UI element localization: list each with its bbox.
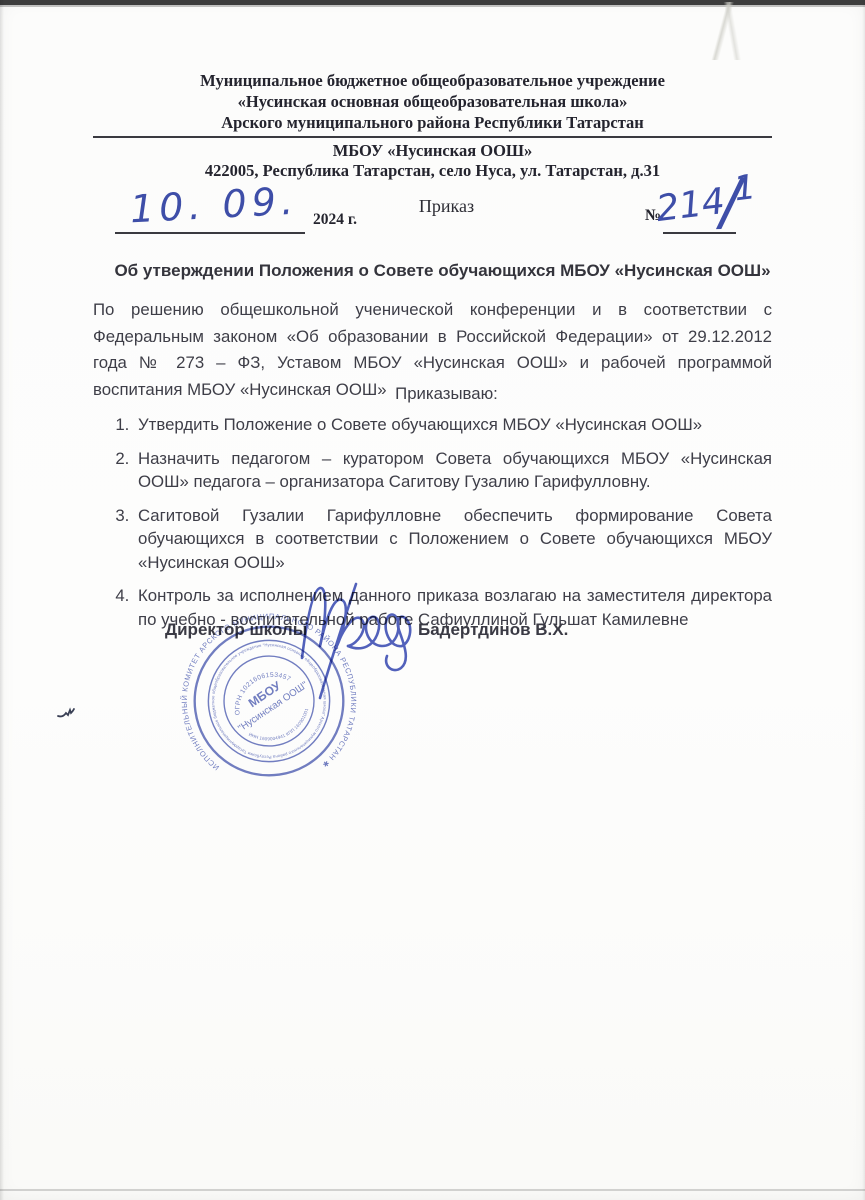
date-year-label: 2024 г.: [313, 211, 357, 229]
handwritten-number: 214/1: [653, 166, 761, 240]
letterhead: Муниципальное бюджетное общеобразователь…: [95, 70, 770, 133]
ink-mark: [56, 706, 76, 720]
org-name-line1: Муниципальное бюджетное общеобразователь…: [95, 70, 770, 91]
director-signature: [282, 576, 427, 708]
signer-name: Бадертдинов В.Х.: [418, 620, 568, 640]
org-name-line2: «Нусинская основная общеобразовательная …: [95, 91, 770, 112]
scan-edge-left: [0, 0, 4, 1200]
order-item-3: Сагитовой Гузалии Гарифулловне обеспечит…: [134, 504, 772, 575]
decree-word: Приказываю:: [109, 384, 784, 404]
scan-edge-bottom: [0, 1189, 865, 1191]
scanned-order-document: Муниципальное бюджетное общеобразователь…: [0, 0, 865, 1200]
order-item-1: Утвердить Положение о Совете обучающихся…: [134, 413, 772, 437]
org-name-line3: Арского муниципального района Республики…: [95, 112, 770, 133]
handwritten-date: 10. 09.: [129, 179, 299, 232]
letterhead-divider: [93, 136, 772, 138]
school-short-name: МБОУ «Нусинская ООШ»: [95, 141, 770, 161]
order-items: Утвердить Положение о Совете обучающихся…: [95, 413, 772, 641]
order-item-2: Назначить педагогом – куратором Совета о…: [134, 447, 772, 494]
handwritten-number-suffix: 1: [732, 170, 758, 206]
handwritten-number-digits: 214: [654, 184, 727, 228]
paper-crease: [695, 2, 755, 60]
order-title: Об утверждении Положения о Совете обучаю…: [105, 261, 780, 281]
